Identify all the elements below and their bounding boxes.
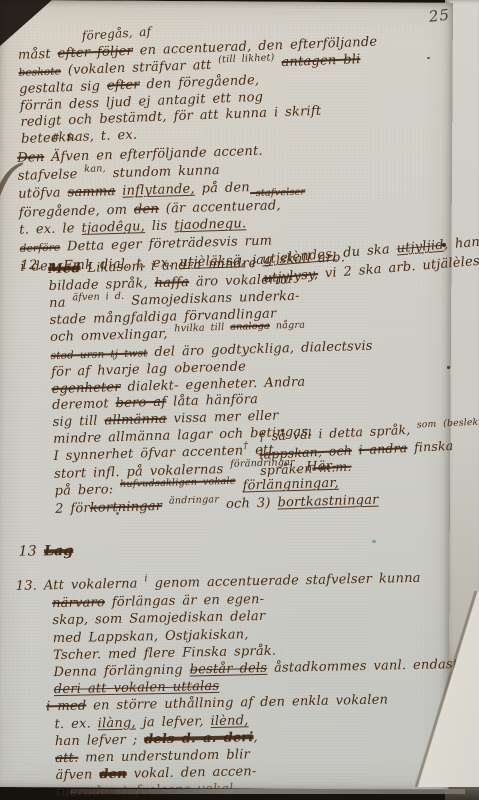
- section-13-heading: 13 Lag: [19, 543, 74, 560]
- text-segment: kortningar: [90, 499, 163, 516]
- text-segment: den: [134, 202, 159, 218]
- ink-stain: [372, 540, 376, 543]
- ink-stain: [427, 57, 430, 59]
- ink-stain: [447, 366, 450, 369]
- text-segment: han lefver ;: [55, 732, 145, 749]
- text-segment: deremot: [52, 397, 116, 414]
- text-segment: na: [49, 295, 73, 311]
- text-segment: och 3): [219, 496, 278, 513]
- page-fold: [415, 591, 479, 787]
- text-segment: hufvudsakligen vokale: [120, 476, 236, 490]
- text-segment: stod ursn tj twst: [51, 347, 148, 362]
- text-segment: haffa: [154, 275, 189, 291]
- text-segment: ilènd,: [210, 713, 248, 729]
- text-segment: den: [99, 767, 127, 783]
- manuscript-line: 12.: [20, 258, 41, 273]
- text-segment: tjaodnegu.: [174, 217, 246, 234]
- text-segment: utjälèlesi.: [422, 253, 479, 273]
- text-segment: att.: [55, 751, 78, 766]
- text-segment: ändringar: [169, 494, 219, 506]
- text-segment: (beslektade): [443, 416, 479, 430]
- text-segment: dels d. a. deri: [144, 730, 254, 747]
- text-segment: på bero:: [54, 482, 120, 499]
- insert-foregas: föregås, af: [81, 25, 151, 43]
- text-segment: bero af: [115, 395, 166, 411]
- text-segment: derföre: [20, 242, 61, 255]
- text-segment: men understundom blir: [78, 747, 250, 765]
- text-segment: Den: [17, 150, 45, 166]
- text-segment: äro vokalerna: [189, 272, 292, 290]
- text-segment: låta hänföra: [166, 392, 258, 410]
- photo-frame: 25 ( föregås, afmåst efter följer en acc…: [0, 0, 479, 800]
- manuscript-line: # $.: [51, 131, 77, 144]
- section-12-paragraph: Med Likasom i andra mindrebildade språk,…: [48, 253, 379, 520]
- text-segment: hvilka till: [174, 322, 230, 335]
- text-segment: †: [243, 440, 248, 451]
- text-segment: föregås, af: [81, 25, 151, 43]
- text-segment: stafvelser: [250, 187, 306, 200]
- text-segment: på den: [195, 180, 251, 197]
- text-segment: Med: [48, 261, 81, 277]
- note-mark: # $.: [51, 131, 77, 144]
- text-segment: 13. Att vokalerna: [16, 576, 145, 594]
- ink-stain: [116, 512, 119, 515]
- text-segment: Denna förlängning: [53, 662, 189, 680]
- text-segment: finska: [407, 438, 454, 455]
- text-segment: genom accentuerade stafvelser kunna: [148, 571, 421, 591]
- text-segment: vissa mer eller: [167, 409, 279, 427]
- text-segment: som: [417, 419, 437, 431]
- text-segment: efter: [107, 77, 140, 93]
- text-segment: kan,: [84, 163, 106, 175]
- manuscript-line: 13 Lag: [19, 543, 74, 560]
- text-segment: i med: [46, 699, 86, 715]
- text-layer: föregås, afmåst efter följer en accentue…: [0, 0, 453, 790]
- text-segment: måst: [18, 47, 58, 63]
- section-13-paragraph: 13. Att vokalerna i genom accentuerade s…: [16, 569, 461, 800]
- text-segment: deri att vokalen uttalas: [54, 679, 220, 697]
- text-segment: lis: [145, 219, 175, 235]
- ink-stain: [442, 243, 446, 247]
- section-12-number: 12.: [20, 258, 41, 273]
- text-segment: språken: [260, 460, 313, 477]
- text-segment: förlängas är en egen-: [105, 592, 265, 610]
- text-segment: utöfva: [18, 186, 68, 202]
- text-segment: (till likhet): [218, 52, 275, 65]
- text-segment: stundom kunna: [106, 163, 220, 181]
- text-segment: , han ska: [443, 232, 479, 252]
- text-segment: och omvexlingar,: [50, 327, 175, 346]
- text-segment: samma: [67, 184, 115, 200]
- text-segment: efter följer: [57, 44, 133, 62]
- text-segment: i: [144, 573, 148, 584]
- text-segment: stafvelse: [18, 166, 85, 183]
- text-segment: t. ex.: [54, 716, 97, 732]
- text-segment: förlängningar,: [242, 476, 339, 494]
- text-segment: analoga: [230, 321, 270, 333]
- text-segment: 13: [19, 543, 45, 559]
- text-segment: i andra: [358, 440, 407, 457]
- text-segment: några: [270, 320, 305, 332]
- text-segment: äfven: [55, 768, 99, 784]
- text-segment: # $.: [51, 131, 77, 144]
- text-segment: gestalta sig: [19, 79, 107, 97]
- text-segment: sig till: [52, 414, 104, 430]
- manuscript-page: 25 ( föregås, afmåst efter följer en acc…: [0, 0, 453, 790]
- text-segment: bortkastningar: [277, 493, 378, 511]
- manuscript-line: föregås, af: [81, 25, 151, 43]
- text-segment: egenheter: [51, 380, 120, 397]
- text-segment: t. ex. le: [19, 221, 82, 238]
- text-segment: beskote: [18, 65, 61, 79]
- text-segment: äfven i d.: [72, 290, 124, 302]
- text-segment: vokal. den accen-: [127, 764, 257, 782]
- text-segment: 2 för: [55, 501, 90, 517]
- text-segment: antagen bli: [281, 52, 360, 70]
- text-segment: inflytande,: [122, 182, 195, 199]
- bottom-page-edge: [70, 789, 465, 794]
- text-segment: ilàng,: [98, 715, 136, 731]
- text-segment: ja lefver,: [136, 714, 211, 730]
- text-segment: Lag: [44, 543, 73, 559]
- text-segment: (är accentuerad,: [159, 198, 281, 217]
- text-segment: betecknas, t. ex.: [21, 127, 138, 146]
- text-segment: tjaodêgu,: [81, 220, 145, 237]
- text-segment: består dels: [189, 661, 267, 678]
- text-segment: föregående, om: [19, 202, 135, 220]
- text-segment: utjyljid: [396, 238, 444, 257]
- text-segment: allmänna: [104, 412, 167, 429]
- text-segment: m.m.: [312, 459, 352, 476]
- text-segment: närvaro: [52, 595, 105, 611]
- text-segment: ,: [253, 730, 258, 745]
- text-segment: 12.: [20, 258, 41, 273]
